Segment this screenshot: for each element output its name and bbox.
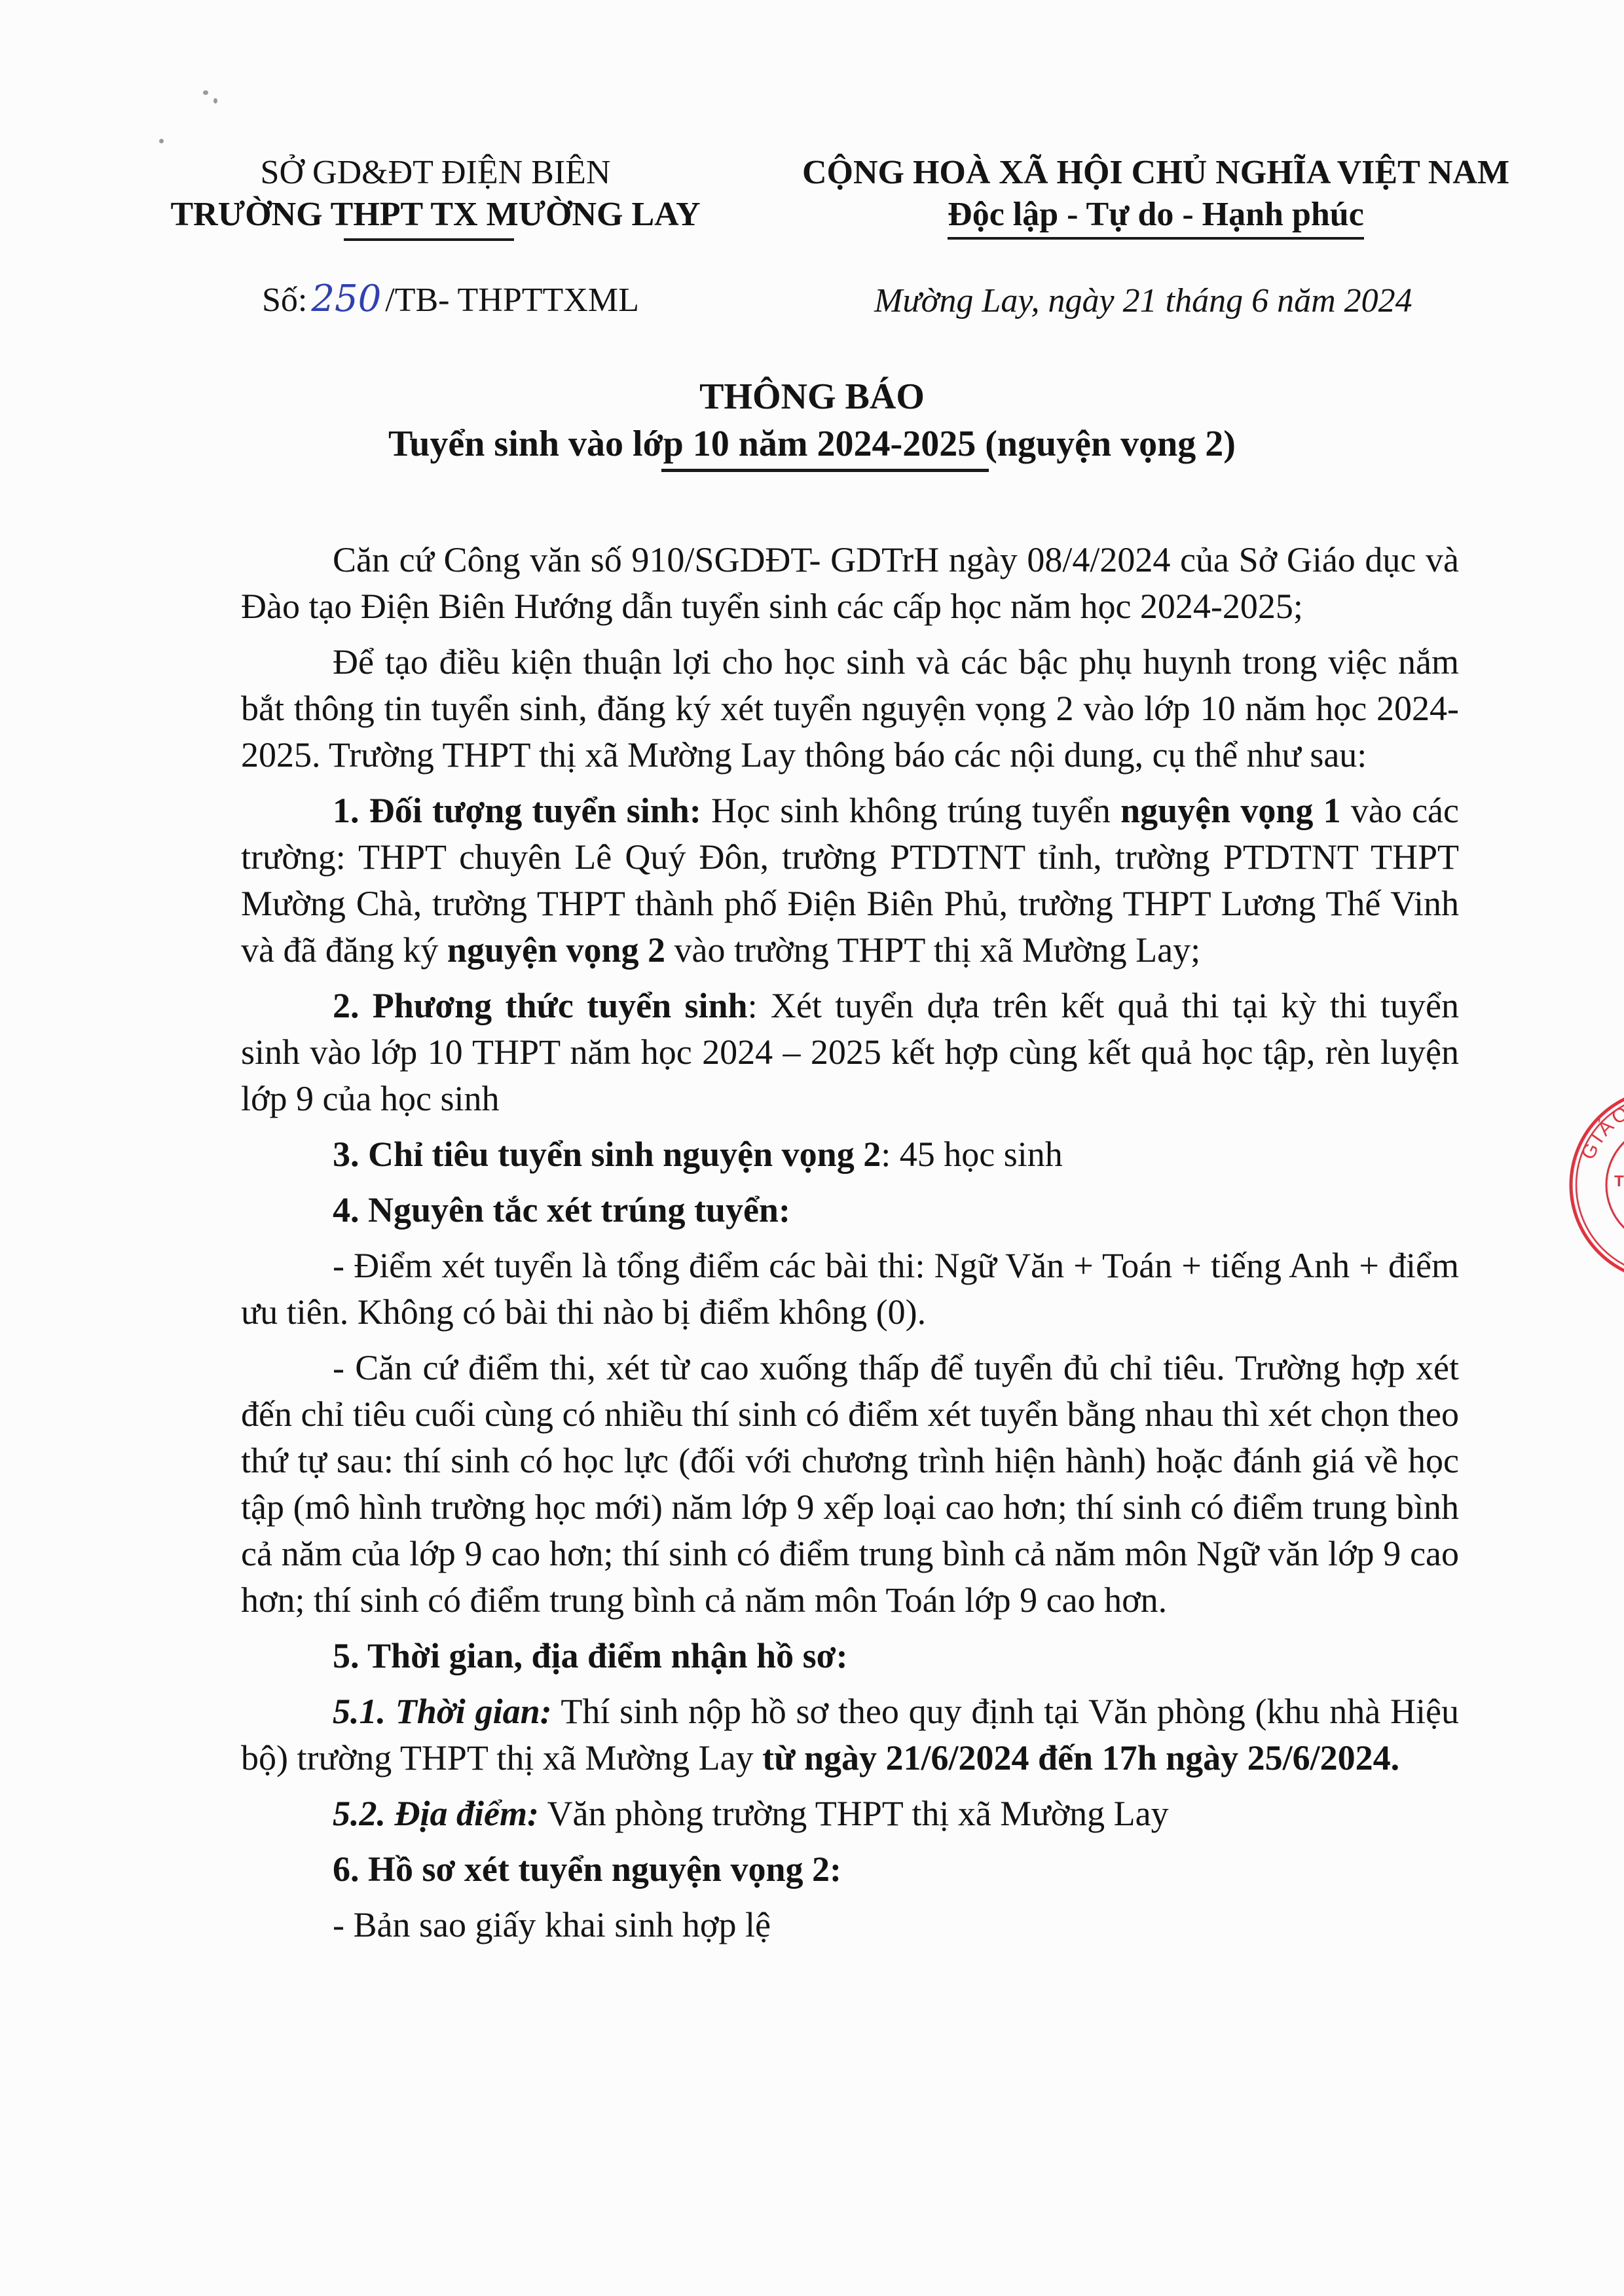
- section-5-heading: 5. Thời gian, địa điểm nhận hồ sơ:: [241, 1633, 1459, 1679]
- section-1-target: 1. Đối tượng tuyển sinh: Học sinh không …: [241, 788, 1459, 974]
- paragraph-legal-basis: Căn cứ Công văn số 910/SGDĐT- GDTrH ngày…: [241, 537, 1459, 630]
- section-4-heading: 4. Nguyên tắc xét trúng tuyển:: [241, 1187, 1459, 1233]
- section-4-heading-text: 4. Nguyên tắc xét trúng tuyển:: [333, 1190, 790, 1230]
- section-3-text: : 45 học sinh: [881, 1135, 1063, 1174]
- title-main: THÔNG BÁO: [0, 373, 1624, 420]
- section-5-2-text: Văn phòng trường THPT thị xã Mường Lay: [539, 1794, 1169, 1833]
- scan-speck: [159, 139, 164, 143]
- section-1-text: vào trường THPT thị xã Mường Lay;: [665, 930, 1200, 970]
- scan-speck: [213, 98, 217, 103]
- handwritten-number: 250: [311, 278, 381, 320]
- number-prefix: Số:: [262, 282, 307, 319]
- section-4-bullet: - Căn cứ điểm thi, xét từ cao xuống thấp…: [241, 1345, 1459, 1624]
- section-1-heading: 1. Đối tượng tuyển sinh:: [333, 791, 701, 830]
- section-5-1-label: 5.1. Thời gian:: [333, 1692, 552, 1731]
- section-6-heading: 6. Hồ sơ xét tuyển nguyện vọng 2:: [241, 1846, 1459, 1893]
- document-title: THÔNG BÁO Tuyển sinh vào lớp 10 năm 2024…: [0, 373, 1624, 472]
- section-2-method: 2. Phương thức tuyển sinh: Xét tuyển dựa…: [241, 983, 1459, 1122]
- country-name: CỘNG HOÀ XÃ HỘI CHỦ NGHĨA VIỆT NAM: [766, 152, 1545, 194]
- section-1-emphasis: nguyện vọng 2: [447, 930, 665, 970]
- section-6-item: - Bản sao giấy khai sinh hợp lệ: [241, 1902, 1459, 1948]
- issuer-underline: [344, 238, 514, 241]
- seal-inner-text: TRU: [1614, 1173, 1624, 1190]
- title-sub: Tuyển sinh vào lớp 10 năm 2024-2025 (ngu…: [0, 420, 1624, 467]
- scan-speck: [203, 90, 208, 95]
- title-underline: [661, 469, 989, 472]
- section-5-1-time: 5.1. Thời gian: Thí sinh nộp hồ sơ theo …: [241, 1688, 1459, 1781]
- place-date: Mường Lay, ngày 21 tháng 6 năm 2024: [874, 280, 1412, 322]
- issuer-department: SỞ GD&ĐT ĐIỆN BIÊN: [138, 152, 733, 194]
- section-1-emphasis: nguyện vọng 1: [1120, 791, 1341, 830]
- document-number: Số:250/TB- THPTTXML: [262, 278, 639, 321]
- section-3-heading: 3. Chỉ tiêu tuyển sinh nguyện vọng 2: [333, 1135, 881, 1174]
- section-3-quota: 3. Chỉ tiêu tuyển sinh nguyện vọng 2: 45…: [241, 1131, 1459, 1178]
- national-heading: CỘNG HOÀ XÃ HỘI CHỦ NGHĨA VIỆT NAM Độc l…: [766, 152, 1545, 240]
- issuer-school: TRƯỜNG THPT TX MƯỜNG LAY: [138, 194, 733, 236]
- document-body: Căn cứ Công văn số 910/SGDĐT- GDTrH ngày…: [241, 537, 1459, 1958]
- section-5-1-deadline: từ ngày 21/6/2024 đến 17h ngày 25/6/2024…: [762, 1738, 1399, 1777]
- issuer-block: SỞ GD&ĐT ĐIỆN BIÊN TRƯỜNG THPT TX MƯỜNG …: [138, 152, 733, 241]
- section-1-text: Học sinh không trúng tuyển: [701, 791, 1120, 830]
- section-5-2-label: 5.2. Địa điểm:: [333, 1794, 539, 1833]
- section-2-heading: 2. Phương thức tuyển sinh: [333, 986, 748, 1025]
- section-6-heading-text: 6. Hồ sơ xét tuyển nguyện vọng 2:: [333, 1850, 841, 1889]
- paragraph-purpose: Để tạo điều kiện thuận lợi cho học sinh …: [241, 639, 1459, 778]
- national-motto: Độc lập - Tự do - Hạnh phúc: [948, 194, 1364, 240]
- section-4-bullet: - Điểm xét tuyển là tổng điểm các bài th…: [241, 1243, 1459, 1336]
- official-seal-icon: GIÁO DỤC VÀ TRU: [1568, 1087, 1624, 1283]
- section-5-2-location: 5.2. Địa điểm: Văn phòng trường THPT thị…: [241, 1791, 1459, 1837]
- section-5-heading-text: 5. Thời gian, địa điểm nhận hồ sơ:: [333, 1636, 848, 1675]
- number-suffix: /TB- THPTTXML: [385, 282, 639, 319]
